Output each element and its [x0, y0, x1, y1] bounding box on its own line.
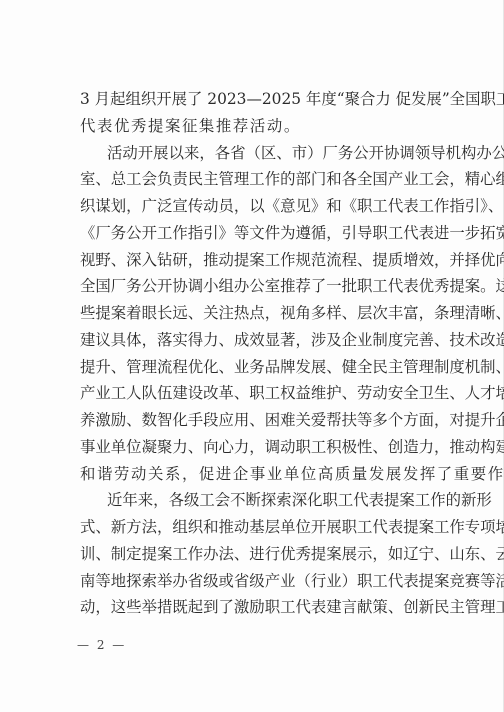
text-line: 些提案着眼长远、关注热点，视角多样、层次丰富，条理清晰、: [80, 300, 460, 327]
text-line: 训、制定提案工作办法、进行优秀提案展示，如辽宁、山东、云: [80, 541, 460, 568]
text-line: 提升、管理流程优化、业务品牌发展、健全民主管理制度机制、: [80, 354, 460, 381]
text-line: 《厂务公开工作指引》等文件为遵循，引导职工代表进一步拓宽: [80, 220, 460, 247]
text-line: 事业单位凝聚力、向心力，调动职工积极性、创造力，推动构建: [80, 434, 460, 461]
text-line: 动，这些举措既起到了激励职工代表建言献策、创新民主管理工: [80, 594, 460, 621]
text-line: 南等地探索举办省级或省级产业（行业）职工代表提案竞赛等活: [80, 568, 460, 595]
page-number: — 2 —: [77, 638, 126, 652]
text-line: 室、总工会负责民主管理工作的部门和各全国产业工会，精心组: [80, 166, 460, 193]
text-line: 代表优秀提案征集推荐活动。: [80, 113, 460, 140]
text-line: 视野、深入钻研，推动提案工作规范流程、提质增效，并择优向: [80, 247, 460, 274]
text-line: 3 月起组织开展了 2023—2025 年度“聚合力 促发展”全国职工: [80, 86, 460, 113]
text-line: 和谐劳动关系，促进企事业单位高质量发展发挥了重要作用。: [80, 461, 460, 488]
text-line: 式、新方法，组织和推动基层单位开展职工代表提案工作专项培: [80, 514, 460, 541]
text-line: 养激励、数智化手段应用、困难关爱帮扶等多个方面，对提升企: [80, 407, 460, 434]
text-line: 建议具体，落实得力、成效显著，涉及企业制度完善、技术改造: [80, 327, 460, 354]
text-line: 全国厂务公开协调小组办公室推荐了一批职工代表优秀提案。这: [80, 273, 460, 300]
paragraph-start-line: 近年来，各级工会不断探索深化职工代表提案工作的新形: [80, 487, 460, 514]
paragraph-start-line: 活动开展以来，各省（区、市）厂务公开协调领导机构办公: [80, 140, 460, 167]
text-line: 织谋划，广泛宣传动员，以《意见》和《职工代表工作指引》、: [80, 193, 460, 220]
document-body: 3 月起组织开展了 2023—2025 年度“聚合力 促发展”全国职工 代表优秀…: [80, 86, 460, 621]
text-line: 产业工人队伍建设改革、职工权益维护、劳动安全卫生、人才培: [80, 380, 460, 407]
